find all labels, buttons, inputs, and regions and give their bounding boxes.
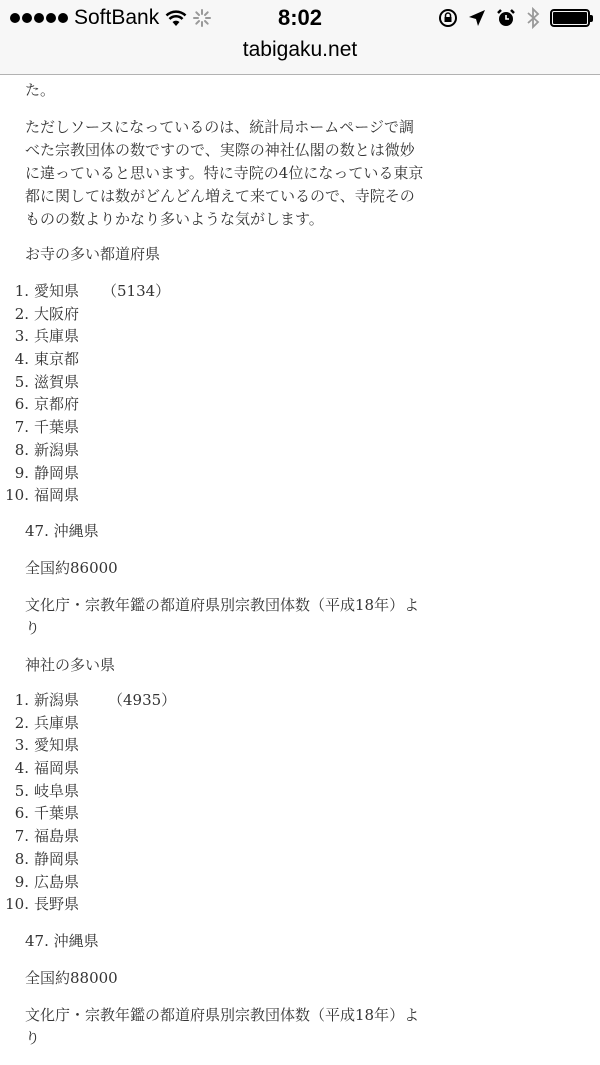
- status-right: [438, 7, 590, 29]
- list-item: 4.東京都: [0, 348, 170, 371]
- paragraph-fragment: た。: [25, 79, 55, 102]
- list-item: 9.静岡県: [0, 462, 170, 485]
- list-item: 1.新潟県（4935）: [0, 689, 176, 712]
- list-item: 10.福岡県: [0, 484, 170, 507]
- list-item: 3.兵庫県: [0, 325, 170, 348]
- rotation-lock-icon: [438, 8, 458, 28]
- temples-ranking-list: 1.愛知県（5134） 2.大阪府 3.兵庫県 4.東京都 5.滋賀県 6.京都…: [0, 280, 170, 507]
- temples-last-rank: 47. 沖縄県: [25, 520, 99, 543]
- battery-icon: [550, 9, 590, 27]
- list-item: 8.新潟県: [0, 439, 170, 462]
- list-item: 3.愛知県: [0, 734, 176, 757]
- bluetooth-icon: [526, 7, 540, 29]
- list-item: 7.千葉県: [0, 416, 170, 439]
- status-bar: SoftBank 8:02: [0, 0, 600, 38]
- list-item: 2.兵庫県: [0, 712, 176, 735]
- list-item: 4.福岡県: [0, 757, 176, 780]
- list-item: 7.福島県: [0, 825, 176, 848]
- list-item: 2.大阪府: [0, 303, 170, 326]
- browser-top-bar: SoftBank 8:02 tabigaku.net: [0, 0, 600, 75]
- shrines-total: 全国約88000: [25, 967, 118, 990]
- temples-source: 文化庁・宗教年鑑の都道府県別宗教団体数（平成18年）より: [25, 594, 425, 640]
- list-item: 8.静岡県: [0, 848, 176, 871]
- source-note-paragraph: ただしソースになっているのは、統計局ホームページで調べた宗教団体の数ですので、実…: [25, 116, 425, 231]
- list-item: 6.千葉県: [0, 802, 176, 825]
- list-item: 1.愛知県（5134）: [0, 280, 170, 303]
- list-item: 9.広島県: [0, 871, 176, 894]
- url-bar[interactable]: tabigaku.net: [0, 38, 600, 62]
- shrines-heading: 神社の多い県: [25, 654, 115, 677]
- shrines-last-rank: 47. 沖縄県: [25, 930, 99, 953]
- location-arrow-icon: [468, 9, 486, 27]
- list-item: 5.滋賀県: [0, 371, 170, 394]
- temples-heading: お寺の多い都道府県: [25, 243, 160, 266]
- list-item: 5.岐阜県: [0, 780, 176, 803]
- list-item: 6.京都府: [0, 393, 170, 416]
- alarm-icon: [496, 8, 516, 28]
- shrines-ranking-list: 1.新潟県（4935） 2.兵庫県 3.愛知県 4.福岡県 5.岐阜県 6.千葉…: [0, 689, 176, 916]
- shrines-source: 文化庁・宗教年鑑の都道府県別宗教団体数（平成18年）より: [25, 1004, 425, 1050]
- list-item: 10.長野県: [0, 893, 176, 916]
- temples-total: 全国約86000: [25, 557, 118, 580]
